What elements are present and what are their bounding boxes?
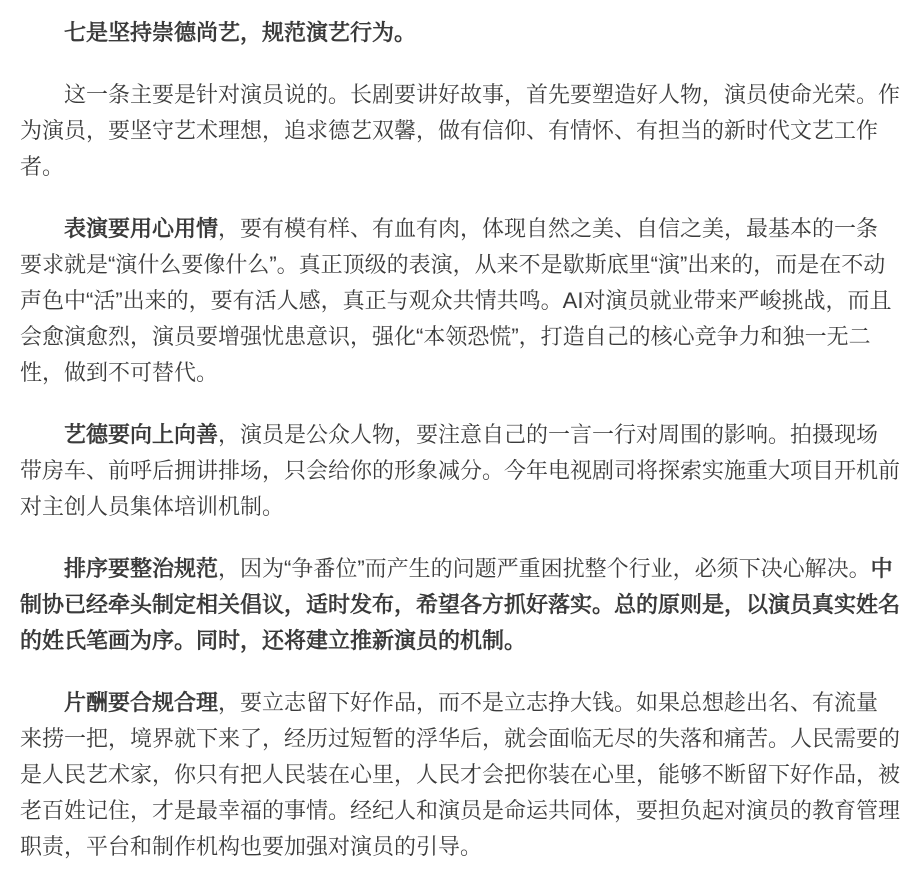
body-text: ，要立志留下好作品，而不是立志挣大钱。如果总想趁出名、有流量来捞一把，境界就下来… bbox=[20, 690, 900, 859]
paragraph-pay: 片酬要合规合理，要立志留下好作品，而不是立志挣大钱。如果总想趁出名、有流量来捞一… bbox=[20, 685, 900, 865]
paragraph-ranking: 排序要整治规范，因为“争番位”而产生的问题严重困扰整个行业，必须下决心解决。中制… bbox=[20, 551, 900, 659]
article-document: 七是坚持崇德尚艺，规范演艺行为。 这一条主要是针对演员说的。长剧要讲好故事，首先… bbox=[0, 0, 919, 885]
paragraph-ethics: 艺德要向上向善，演员是公众人物，要注意自己的一言一行对周围的影响。拍摄现场带房车… bbox=[20, 417, 900, 525]
lead-phrase-bold: 艺德要向上向善 bbox=[64, 422, 218, 447]
section-heading: 七是坚持崇德尚艺，规范演艺行为。 bbox=[20, 15, 900, 51]
lead-phrase-bold: 排序要整治规范 bbox=[64, 556, 218, 581]
paragraph-performance: 表演要用心用情，要有模有样、有血有肉，体现自然之美、自信之美，最基本的一条要求就… bbox=[20, 211, 900, 391]
lead-phrase-bold: 片酬要合规合理 bbox=[64, 690, 218, 715]
paragraph-intro: 这一条主要是针对演员说的。长剧要讲好故事，首先要塑造好人物，演员使命光荣。作为演… bbox=[20, 77, 900, 185]
body-text: ，要有模有样、有血有肉，体现自然之美、自信之美，最基本的一条要求就是“演什么要像… bbox=[20, 216, 891, 385]
lead-phrase-bold: 表演要用心用情 bbox=[64, 216, 218, 241]
body-text: 这一条主要是针对演员说的。长剧要讲好故事，首先要塑造好人物，演员使命光荣。作为演… bbox=[20, 82, 900, 179]
body-text: ，因为“争番位”而产生的问题严重困扰整个行业，必须下决心解决。 bbox=[218, 556, 871, 581]
